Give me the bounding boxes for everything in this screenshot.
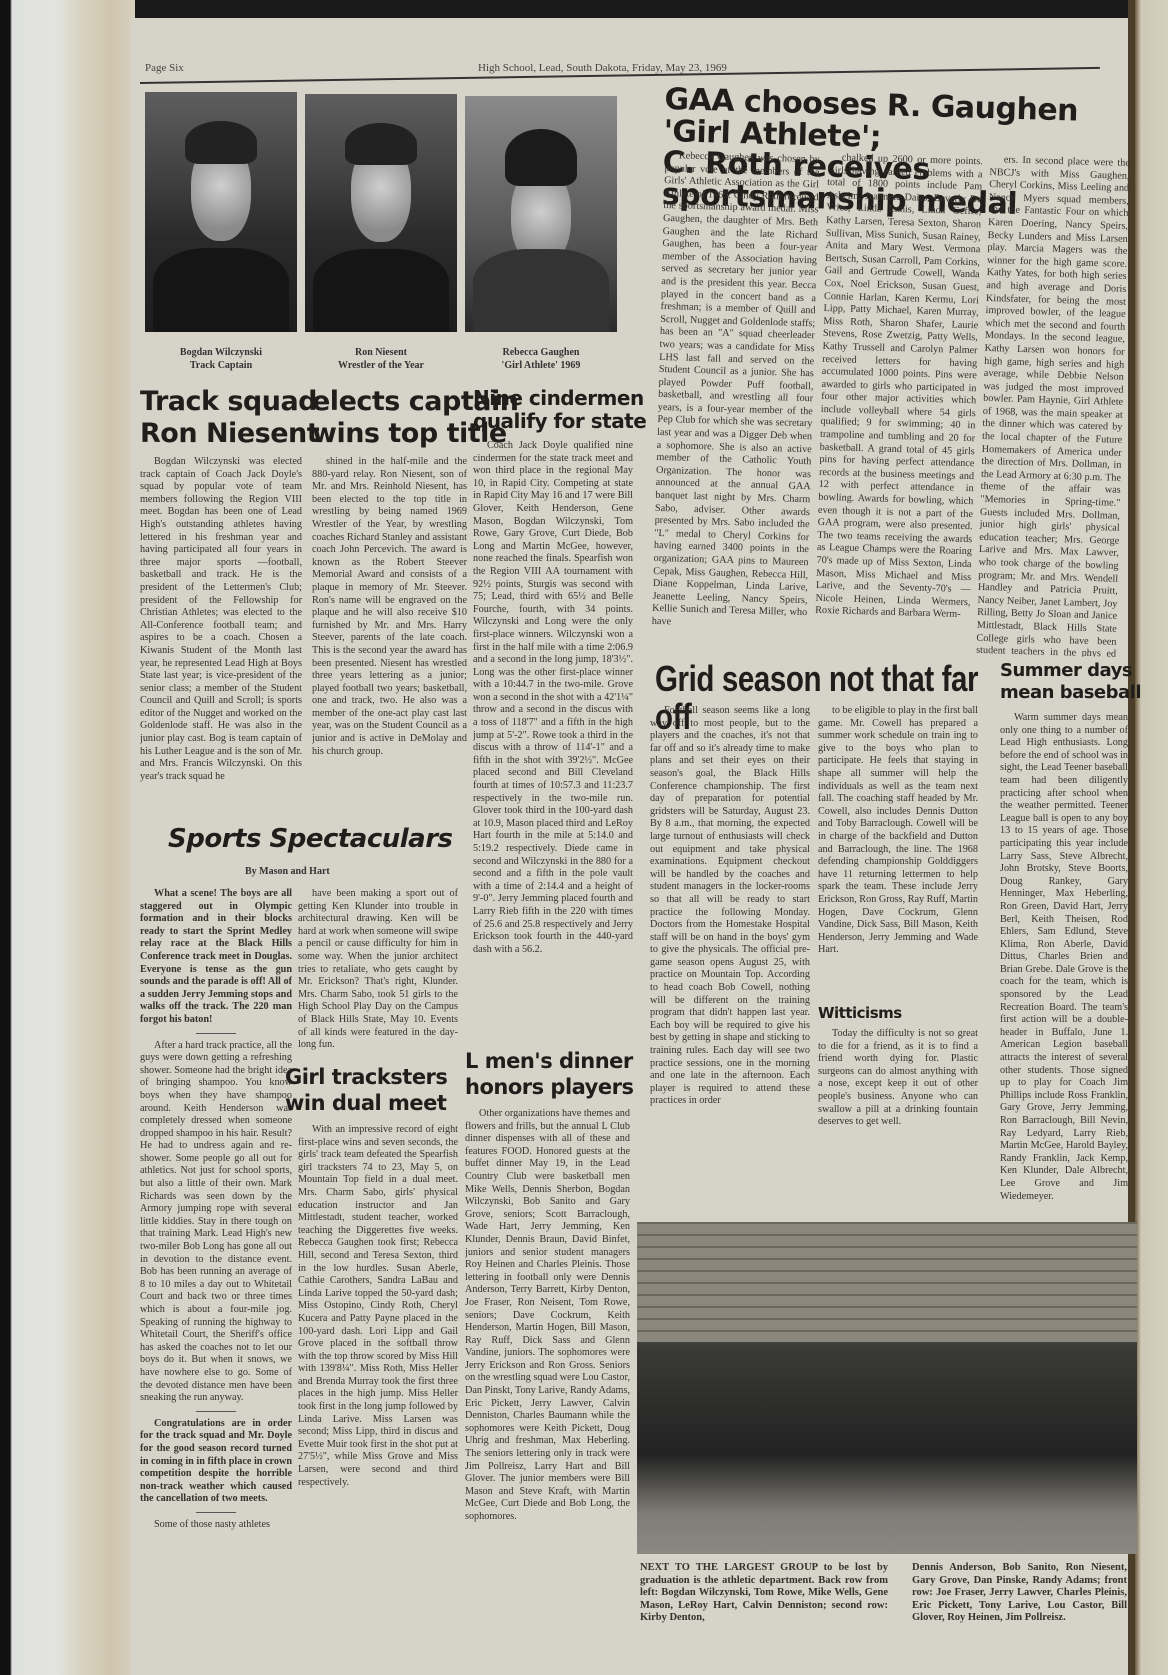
- witticisms-headline: Witticisms: [818, 1006, 902, 1022]
- portrait-photo-niesent: [305, 94, 457, 332]
- book-binding-edge: [0, 0, 135, 1675]
- baseball-headline-2: mean baseball: [1000, 684, 1141, 703]
- girl-tracksters-headline-1: Girl tracksters: [285, 1066, 447, 1088]
- gaa-article-col1: Rebecca Gaughen was chosen by popular vo…: [651, 150, 820, 654]
- cindermen-headline-1: Nine cindermen: [473, 388, 644, 409]
- track-headline-b: Ron Niesent: [140, 420, 319, 448]
- lmen-article: Other organizations have themes and flow…: [465, 1108, 630, 1628]
- track-captain-article: Bogdan Wilczynski was elected track capt…: [140, 456, 302, 796]
- grid-article-col2: to be eligible to play in the first ball…: [818, 705, 978, 1005]
- track-headline-a: Track squad: [140, 388, 317, 416]
- portrait-photo-wilczynski: [145, 92, 297, 332]
- spectaculars-headline: Sports Spectaculars: [168, 826, 453, 853]
- masthead: High School, Lead, South Dakota, Friday,…: [478, 62, 727, 74]
- group-photo-caption-col2: Dennis Anderson, Bob Sanito, Ron Niesent…: [912, 1562, 1127, 1625]
- gaa-article-col3: ers. In second place were the NBCJ's wit…: [976, 154, 1130, 658]
- spectaculars-col2: have been making a sport out of getting …: [298, 888, 458, 1058]
- portrait-photo-gaughen: [465, 96, 617, 332]
- lmen-headline-2: honors players: [465, 1076, 633, 1098]
- lmen-headline-1: L men's dinner: [465, 1050, 633, 1072]
- spectaculars-col1: What a scene! The boys are all staggered…: [140, 888, 292, 1668]
- spectaculars-byline: By Mason and Hart: [245, 866, 330, 877]
- witticisms-article: Today the difficulty is not so great to …: [818, 1028, 978, 1213]
- cindermen-article: Coach Jack Doyle qualified nine cinderme…: [473, 440, 633, 1030]
- group-photo-caption-col1: NEXT TO THE LARGEST GROUP to be lost by …: [640, 1562, 888, 1625]
- girl-tracksters-article: With an impressive record of eight first…: [298, 1124, 458, 1644]
- baseball-article: Warm summer days mean only one thing to …: [1000, 712, 1128, 1202]
- cindermen-headline-2: qualify for state: [473, 411, 646, 432]
- athletes-group-photo: [637, 1222, 1137, 1554]
- photo-caption-3: Rebecca Gaughen'Girl Athlete' 1969: [465, 346, 617, 372]
- page-number: Page Six: [145, 62, 184, 74]
- photo-caption-2: Ron NiesentWrestler of the Year: [305, 346, 457, 372]
- baseball-headline-1: Summer days: [1000, 662, 1132, 681]
- girl-tracksters-headline-2: win dual meet: [285, 1092, 446, 1114]
- grid-article-col1: Football season seems like a long way of…: [650, 705, 810, 1215]
- adjacent-page-edge: [1135, 0, 1168, 1675]
- gaa-article-col2: chalked up 2600 or more points. Girls ha…: [814, 152, 983, 656]
- photo-caption-1: Bogdan WilczynskiTrack Captain: [145, 346, 297, 372]
- wrestler-article: shined in the half-mile and the 880-yard…: [312, 456, 467, 796]
